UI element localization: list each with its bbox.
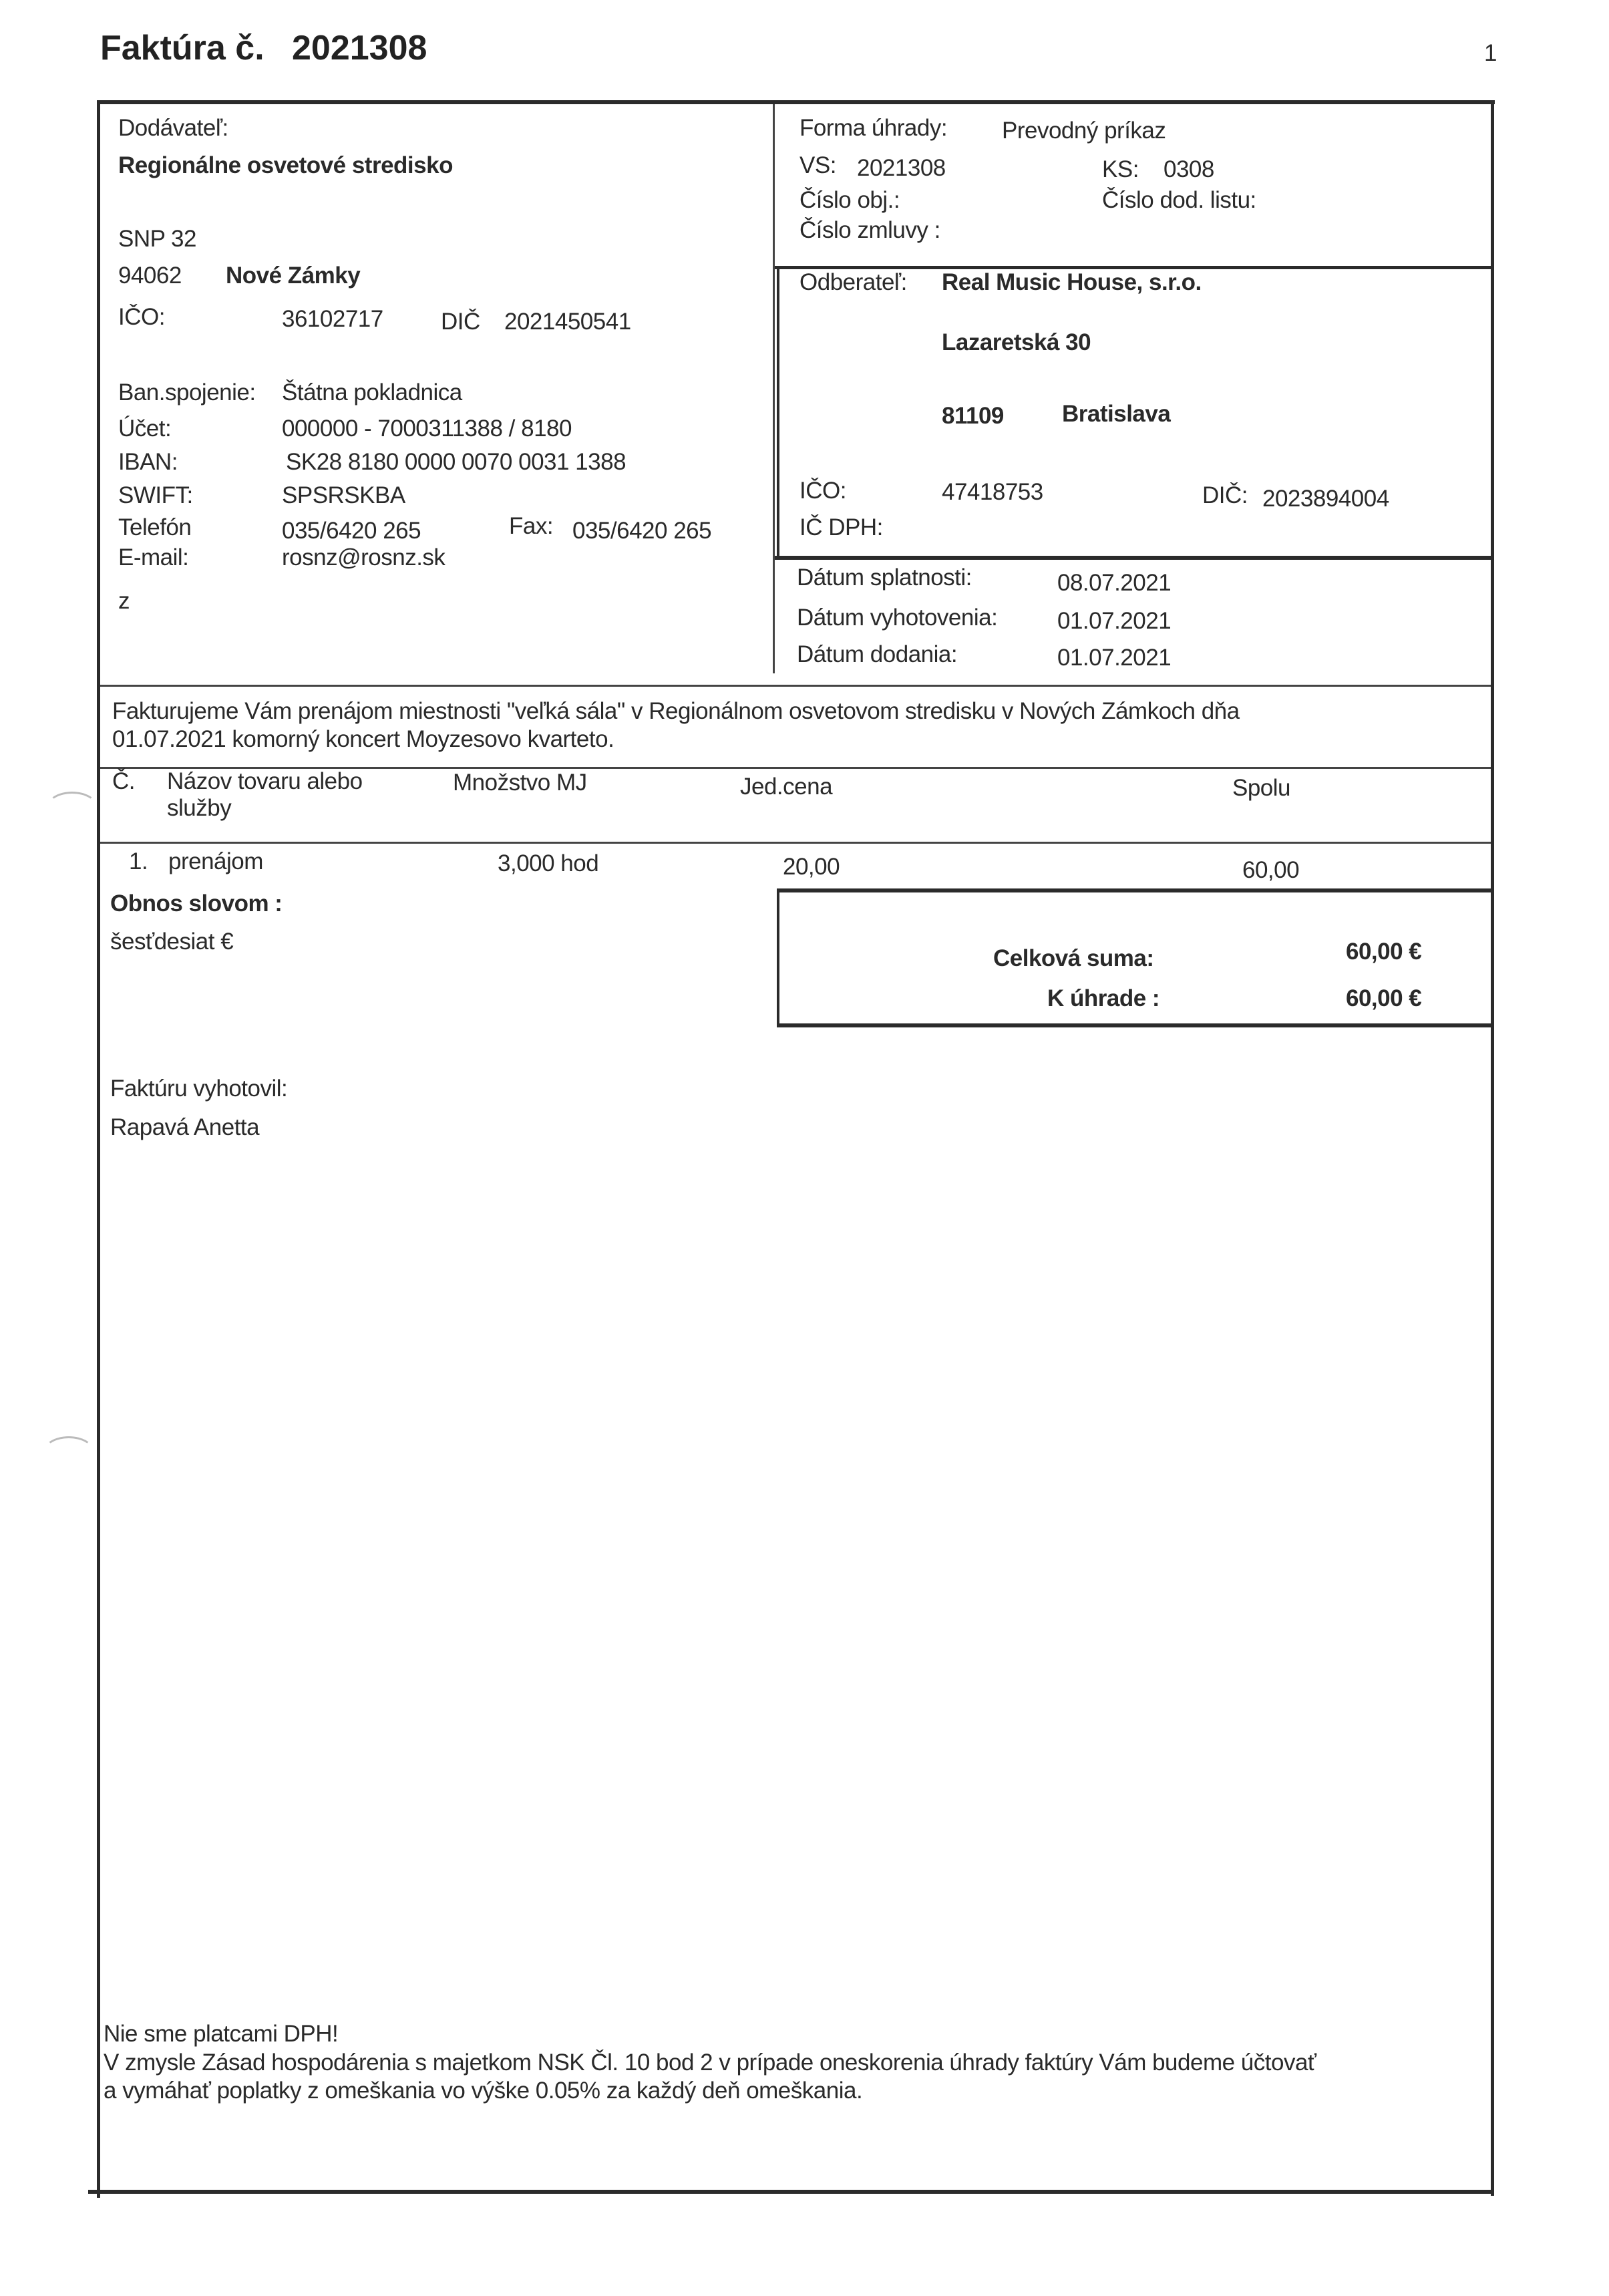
- delivery-date: 01.07.2021: [1057, 645, 1171, 671]
- amount-words-label: Obnos slovom :: [110, 890, 282, 917]
- frame-left: [97, 100, 100, 2198]
- customer-box-bottom: [775, 556, 1493, 560]
- issue-date-label: Dátum vyhotovenia:: [797, 605, 997, 631]
- payment-method: Prevodný príkaz: [1002, 118, 1166, 144]
- delivery-note-label: Číslo dod. listu:: [1102, 187, 1256, 214]
- amount-due-label: K úhrade :: [1047, 985, 1159, 1012]
- supplier-dic: 2021450541: [504, 309, 631, 335]
- due-date: 08.07.2021: [1057, 570, 1171, 597]
- col-header-qty-unit: Množstvo MJ: [453, 770, 587, 796]
- vat-note: Nie sme platcami DPH!: [104, 2021, 338, 2047]
- bank-name: Štátna pokladnica: [282, 379, 462, 406]
- supplier-city: Nové Zámky: [226, 263, 360, 289]
- contract-number-label: Číslo zmluvy :: [799, 217, 940, 244]
- customer-dic-label: DIČ:: [1202, 482, 1248, 509]
- vs-label: VS:: [799, 152, 836, 179]
- invoice-number: 2021308: [292, 28, 427, 68]
- amount-due-value: 60,00 €: [1346, 985, 1421, 1012]
- supplier-note: z: [118, 588, 130, 615]
- swift-value: SPSRSKBA: [282, 482, 405, 509]
- frame-bottom: [88, 2190, 1494, 2194]
- customer-dic: 2023894004: [1262, 486, 1389, 512]
- iban-label: IBAN:: [118, 449, 178, 476]
- fax-label: Fax:: [509, 513, 553, 540]
- customer-street: Lazaretská 30: [942, 329, 1091, 356]
- column-divider: [773, 104, 775, 673]
- item-name: prenájom: [168, 848, 263, 875]
- issuer-name: Rapavá Anetta: [110, 1114, 259, 1141]
- phone-value: 035/6420 265: [282, 518, 421, 544]
- phone-label: Telefón: [118, 514, 191, 541]
- frame-top: [100, 100, 1495, 104]
- supplier-ico-label: IČO:: [118, 304, 165, 331]
- supplier-ico: 36102717: [282, 306, 383, 333]
- frame-right: [1491, 102, 1494, 2196]
- col-header-unit-price: Jed.cena: [740, 774, 832, 800]
- item-qty: 3,000 hod: [498, 850, 598, 877]
- customer-city: Bratislava: [1062, 401, 1170, 428]
- supplier-label: Dodávateľ:: [118, 115, 228, 142]
- col-header-name-2: služby: [167, 795, 231, 822]
- col-header-no: Č.: [112, 768, 135, 795]
- col-header-total: Spolu: [1232, 775, 1290, 802]
- customer-name: Real Music House, s.r.o.: [942, 269, 1202, 296]
- swift-label: SWIFT:: [118, 482, 193, 509]
- customer-ico: 47418753: [942, 479, 1043, 506]
- due-date-label: Dátum splatnosti:: [797, 564, 972, 591]
- totals-box-top: [777, 888, 1491, 892]
- total-sum-value: 60,00 €: [1346, 939, 1421, 965]
- customer-icdph-label: IČ DPH:: [799, 514, 883, 541]
- description-top-line: [100, 685, 1491, 687]
- supplier-name: Regionálne osvetové stredisko: [118, 152, 453, 179]
- invoice-title-label: Faktúra č.: [100, 28, 264, 68]
- delivery-date-label: Dátum dodania:: [797, 641, 957, 668]
- vs-value: 2021308: [857, 155, 946, 182]
- item-total: 60,00: [1242, 857, 1299, 884]
- late-fee-note-2: a vymáhať poplatky z omeškania vo výške …: [104, 2078, 862, 2104]
- scan-mark-2: [43, 1436, 94, 1467]
- payment-method-label: Forma úhrady:: [799, 115, 947, 142]
- supplier-zip: 94062: [118, 263, 182, 289]
- issue-date: 01.07.2021: [1057, 608, 1171, 635]
- totals-box-bottom: [777, 1023, 1493, 1027]
- amount-words-value: šesťdesiat €: [110, 929, 233, 955]
- col-header-name: Názov tovaru alebo: [167, 768, 363, 795]
- account-label: Účet:: [118, 416, 171, 442]
- late-fee-note-1: V zmysle Zásad hospodárenia s majetkom N…: [104, 2049, 1316, 2076]
- ks-label: KS:: [1102, 156, 1139, 183]
- customer-ico-label: IČO:: [799, 478, 846, 504]
- iban-value: SK28 8180 0000 0070 0031 1388: [286, 449, 626, 476]
- total-sum-label: Celková suma:: [993, 945, 1154, 972]
- order-number-label: Číslo obj.:: [799, 187, 900, 214]
- customer-zip: 81109: [942, 403, 1004, 430]
- email-value[interactable]: rosnz@rosnz.sk: [282, 544, 445, 571]
- supplier-street: SNP 32: [118, 226, 196, 253]
- description-line-2: 01.07.2021 komorný koncert Moyzesovo kva…: [112, 726, 614, 753]
- email-label: E-mail:: [118, 544, 188, 571]
- account-number: 000000 - 7000311388 / 8180: [282, 416, 572, 442]
- ks-value: 0308: [1164, 156, 1214, 183]
- scan-mark-1: [47, 792, 98, 822]
- item-no: 1.: [129, 848, 148, 875]
- supplier-dic-label: DIČ: [441, 309, 480, 335]
- fax-value: 035/6420 265: [572, 518, 711, 544]
- table-header-bottom-line: [100, 842, 1491, 844]
- item-unit-price: 20,00: [783, 854, 840, 880]
- page-number: 1: [1484, 40, 1497, 67]
- description-line-1: Fakturujeme Vám prenájom miestnosti "veľ…: [112, 698, 1240, 725]
- customer-label: Odberateľ:: [799, 269, 907, 296]
- customer-box-left: [777, 267, 779, 558]
- bank-label: Ban.spojenie:: [118, 379, 256, 406]
- totals-box-left: [777, 888, 779, 1025]
- issuer-label: Faktúru vyhotovil:: [110, 1076, 287, 1102]
